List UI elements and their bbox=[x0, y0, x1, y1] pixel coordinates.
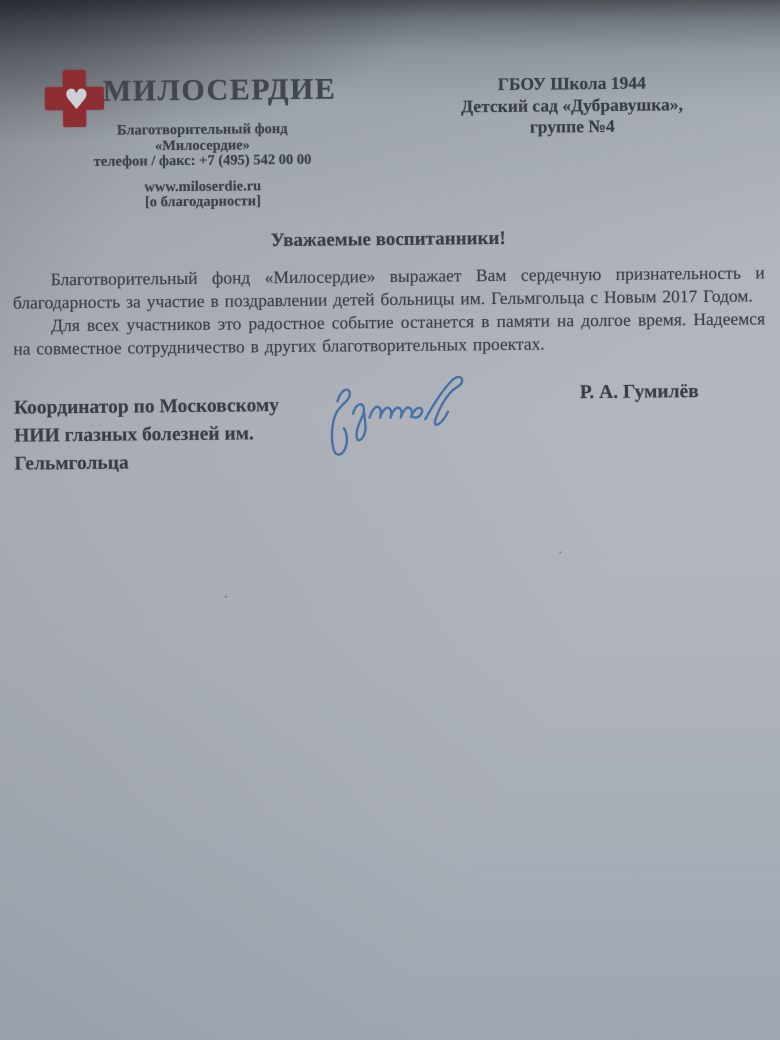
org-phone-line: телефон / факс: +7 (495) 542 00 00 bbox=[52, 152, 352, 170]
recipient-line-1: ГБОУ Школа 1944 bbox=[417, 72, 727, 96]
handwritten-signature bbox=[318, 370, 484, 467]
recipient-line-2: Детский сад «Дубравушка», bbox=[417, 93, 727, 117]
heart-icon: ♥ bbox=[64, 86, 89, 114]
signer-name: Р. А. Гумилёв bbox=[552, 381, 727, 405]
recipient-line-3: группе №4 bbox=[417, 115, 727, 139]
photo-background: ♥ МИЛОСЕРДИЕ Благотворительный фонд «Мил… bbox=[0, 0, 780, 1040]
salutation: Уважаемые воспитанники! bbox=[0, 225, 778, 254]
paper-speck bbox=[225, 596, 227, 598]
org-contact-block: Благотворительный фонд «Милосердие» теле… bbox=[52, 121, 353, 211]
paper-speck bbox=[559, 551, 561, 553]
org-name-title: МИЛОСЕРДИЕ bbox=[103, 72, 403, 109]
recipient-block: ГБОУ Школа 1944 Детский сад «Дубравушка»… bbox=[417, 72, 728, 139]
org-website-note: [о благодарности] bbox=[53, 193, 353, 211]
body-paragraph-2: Для всех участников это радостное событи… bbox=[13, 307, 765, 360]
signer-title-line-2: НИИ глазных болезней им. bbox=[14, 420, 324, 451]
signer-title: Координатор по Московскому НИИ глазных б… bbox=[14, 392, 325, 479]
signer-title-line-1: Координатор по Московскому bbox=[14, 392, 324, 423]
body-paragraph-1: Благотворительный фонд «Милосердие» выра… bbox=[13, 261, 765, 314]
letter-body: Благотворительный фонд «Милосердие» выра… bbox=[13, 261, 766, 360]
signer-title-line-3: Гельмгольца bbox=[14, 448, 324, 479]
red-cross-logo-icon: ♥ bbox=[45, 70, 105, 128]
letter-document: ♥ МИЛОСЕРДИЕ Благотворительный фонд «Мил… bbox=[0, 0, 780, 1040]
